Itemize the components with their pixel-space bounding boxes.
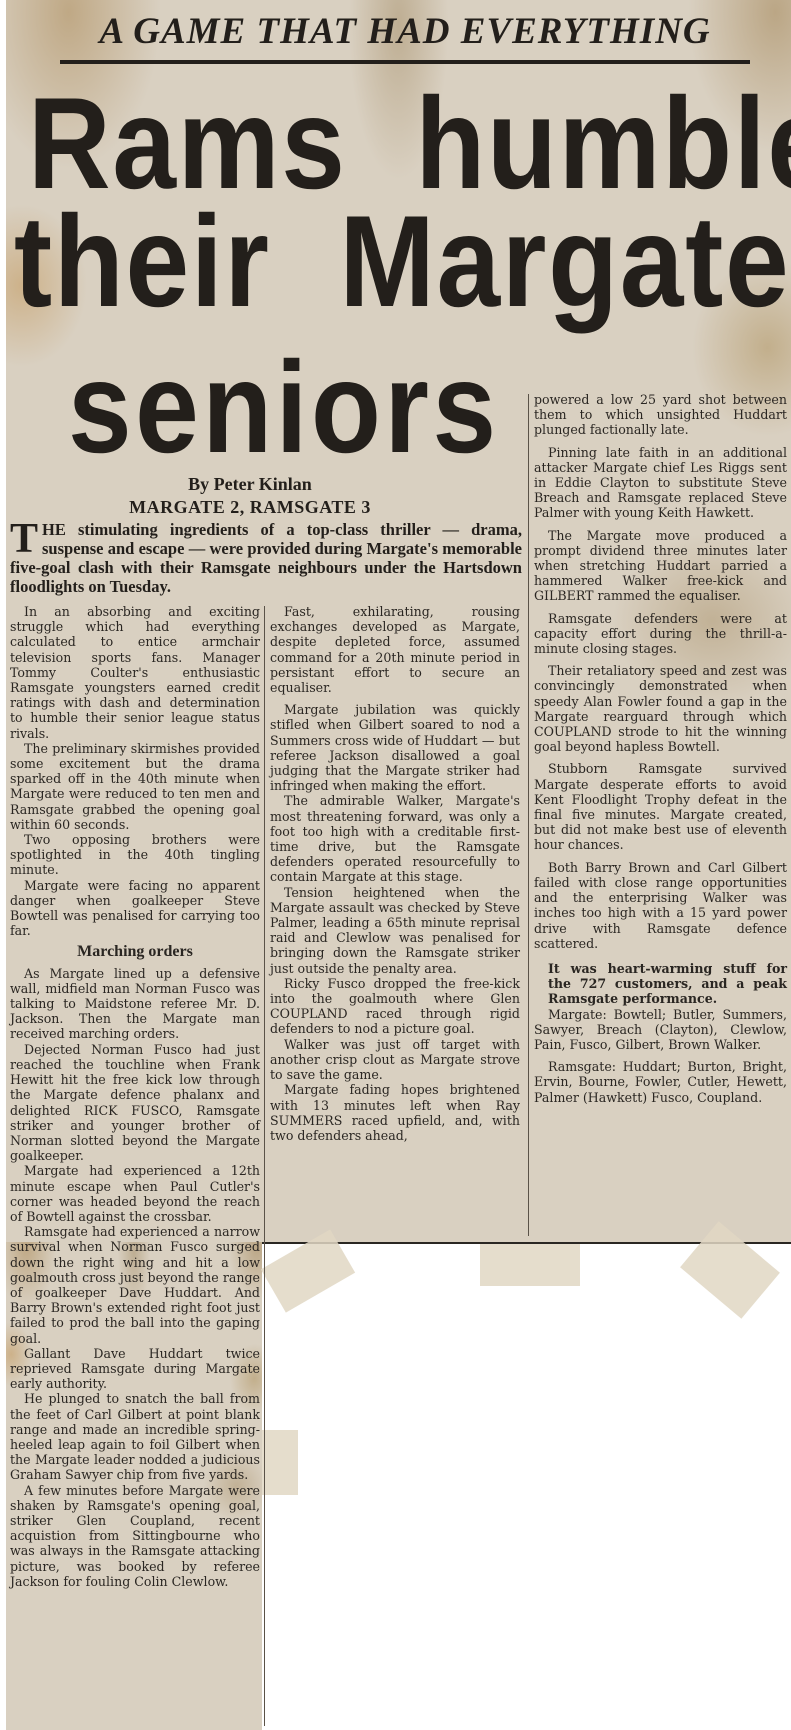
- paragraph: Two opposing brothers were spotlighted i…: [10, 832, 260, 878]
- paragraph: Margate had experienced a 12th minute es…: [10, 1163, 260, 1224]
- score-line: MARGATE 2, RAMSGATE 3: [60, 497, 440, 518]
- paragraph: Tension heightened when the Margate assa…: [270, 885, 520, 976]
- paragraph: Both Barry Brown and Carl Gilbert failed…: [534, 860, 787, 951]
- tape-strip: [262, 1430, 298, 1495]
- paragraph: As Margate lined up a defensive wall, mi…: [10, 966, 260, 1042]
- paragraph: Stubborn Ramsgate survived Margate despe…: [534, 761, 787, 852]
- paragraph: Margate were facing no apparent danger w…: [10, 878, 260, 939]
- intro-text: HE stimulating ingredients of a top-clas…: [10, 520, 522, 596]
- paragraph: Their retaliatory speed and zest was con…: [534, 663, 787, 754]
- paragraph: Ramsgate defenders were at capacity effo…: [534, 611, 787, 657]
- paragraph: Fast, exhilarating, rousing exchanges de…: [270, 604, 520, 695]
- closing-text: It was heart-warming stuff for the 727 c…: [548, 961, 787, 1007]
- paragraph: Ricky Fusco dropped the free-kick into t…: [270, 976, 520, 1037]
- lineup-margate: Margate: Bowtell; Butler, Summers, Sawye…: [534, 1007, 787, 1053]
- paragraph: Gallant Dave Huddart twice reprieved Ram…: [10, 1346, 260, 1392]
- tape-strip: [480, 1244, 580, 1286]
- article-column-1: In an absorbing and exciting struggle wh…: [10, 604, 260, 1589]
- paragraph: Margate fading hopes brightened with 13 …: [270, 1082, 520, 1143]
- column-rule: [528, 394, 529, 1236]
- subheading: Marching orders: [10, 944, 260, 959]
- byline: By Peter Kinlan: [60, 474, 440, 495]
- paragraph: In an absorbing and exciting struggle wh…: [10, 604, 260, 741]
- paragraph: powered a low 25 yard shot between them …: [534, 392, 787, 438]
- lineup-ramsgate: Ramsgate: Huddart; Burton, Bright, Ervin…: [534, 1059, 787, 1105]
- article-column-3: powered a low 25 yard shot between them …: [534, 392, 787, 1105]
- paragraph: The admirable Walker, Margate's most thr…: [270, 793, 520, 884]
- paragraph: Pinning late faith in an additional atta…: [534, 445, 787, 521]
- headline-line-3: seniors: [68, 342, 500, 472]
- headline-line-2: their Margate: [14, 196, 790, 326]
- paragraph: Ramsgate had experienced a narrow surviv…: [10, 1224, 260, 1346]
- paragraph: He plunged to snatch the ball from the f…: [10, 1391, 260, 1482]
- paragraph: A few minutes before Margate were shaken…: [10, 1483, 260, 1589]
- intro-paragraph: T HE stimulating ingredients of a top-cl…: [10, 520, 522, 596]
- article-column-2: Fast, exhilarating, rousing exchanges de…: [270, 604, 520, 1143]
- kicker-rule: [60, 60, 750, 64]
- closing-paragraph: It was heart-warming stuff for the 727 c…: [534, 961, 787, 1007]
- paragraph: Margate jubilation was quickly stifled w…: [270, 702, 520, 793]
- drop-cap: T: [10, 522, 38, 556]
- column-rule: [264, 606, 265, 1726]
- paragraph: Walker was just off target with another …: [270, 1037, 520, 1083]
- paragraph: The Margate move produced a prompt divid…: [534, 528, 787, 604]
- paragraph: The preliminary skirmishes provided some…: [10, 741, 260, 832]
- kicker: A GAME THAT HAD EVERYTHING: [40, 10, 770, 53]
- paragraph: Dejected Norman Fusco had just reached t…: [10, 1042, 260, 1164]
